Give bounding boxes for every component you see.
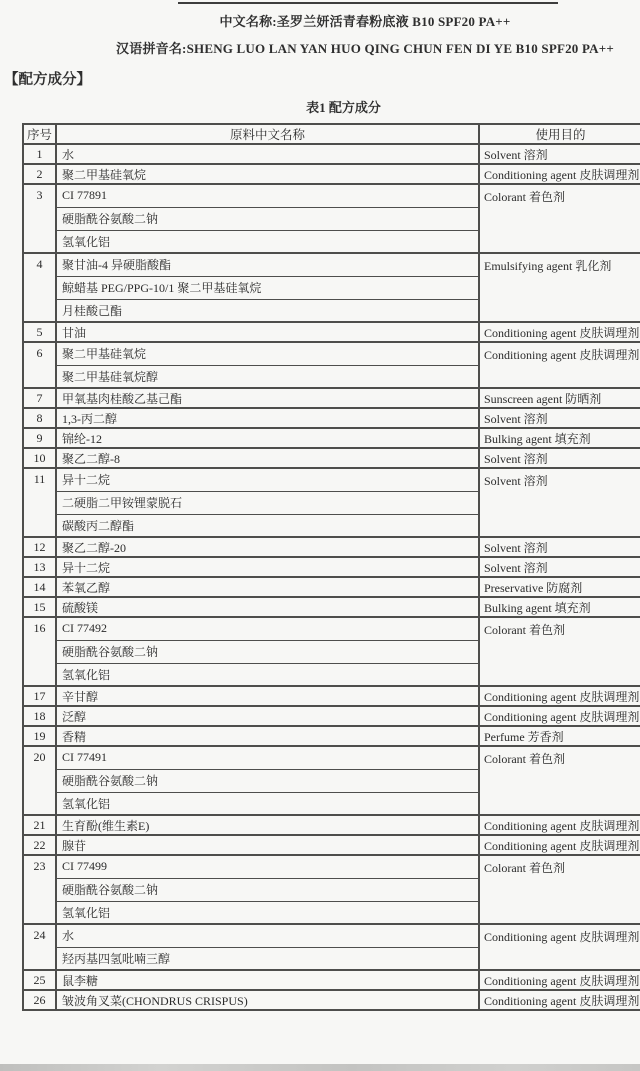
row-number-cell: 24 (23, 924, 56, 970)
purpose-cell: Emulsifying agent 乳化剂 (479, 253, 640, 322)
row-number-cell: 21 (23, 815, 56, 835)
row-number-cell: 18 (23, 706, 56, 726)
row-number-cell: 17 (23, 686, 56, 706)
purpose-cell: Conditioning agent 皮肤调理剂 (479, 924, 640, 970)
ingredient-name-cell: 腺苷 (56, 835, 479, 855)
row-number-cell: 4 (23, 253, 56, 322)
table-header-row: 序号 原料中文名称 使用目的 (23, 124, 640, 144)
ingredient-name-cell: 聚二甲基硅氧烷醇 (56, 365, 479, 388)
ingredient-row: 7甲氧基肉桂酸乙基己酯Sunscreen agent 防晒剂 (23, 388, 640, 408)
ingredient-name-cell: 泛醇 (56, 706, 479, 726)
ingredient-name-cell: 生育酚(维生素E) (56, 815, 479, 835)
purpose-cell: Conditioning agent 皮肤调理剂 (479, 686, 640, 706)
ingredient-row: 5甘油Conditioning agent 皮肤调理剂 (23, 322, 640, 342)
purpose-cell: Conditioning agent 皮肤调理剂 (479, 342, 640, 388)
purpose-cell: Preservative 防腐剂 (479, 577, 640, 597)
ingredient-name-cell: CI 77499 (56, 855, 479, 878)
purpose-cell: Conditioning agent 皮肤调理剂 (479, 990, 640, 1010)
purpose-cell: Bulking agent 填充剂 (479, 597, 640, 617)
formula-ingredients-table: 序号 原料中文名称 使用目的 1水Solvent 溶剂2聚二甲基硅氧烷Condi… (22, 123, 640, 1011)
ingredient-name-cell: 水 (56, 144, 479, 164)
ingredient-name-cell: 聚二甲基硅氧烷 (56, 164, 479, 184)
product-pinyin-name: 汉语拼音名:SHENG LUO LAN YAN HUO QING CHUN FE… (90, 41, 640, 57)
purpose-cell: Conditioning agent 皮肤调理剂 (479, 706, 640, 726)
row-number-cell: 13 (23, 557, 56, 577)
ingredient-name-cell: 鲸蜡基 PEG/PPG-10/1 聚二甲基硅氧烷 (56, 276, 479, 299)
row-number-cell: 9 (23, 428, 56, 448)
ingredient-row: 14苯氧乙醇Preservative 防腐剂 (23, 577, 640, 597)
ingredient-row: 13异十二烷Solvent 溶剂 (23, 557, 640, 577)
ingredient-name-cell: 氢氧化铝 (56, 901, 479, 924)
ingredient-name-cell: 硬脂酰谷氨酸二钠 (56, 640, 479, 663)
ingredient-row: 81,3-丙二醇Solvent 溶剂 (23, 408, 640, 428)
document-header: 中文名称:圣罗兰妍活青春粉底液 B10 SPF20 PA++ 汉语拼音名:SHE… (90, 14, 640, 57)
ingredient-row: 11异十二烷Solvent 溶剂 (23, 468, 640, 491)
product-chinese-name: 中文名称:圣罗兰妍活青春粉底液 B10 SPF20 PA++ (90, 14, 640, 30)
purpose-cell: Colorant 着色剂 (479, 746, 640, 815)
ingredient-name-cell: 聚乙二醇-8 (56, 448, 479, 468)
table-caption: 表1 配方成分 (22, 97, 640, 116)
ingredient-name-cell: 氢氧化铝 (56, 663, 479, 686)
ingredient-name-cell: 羟丙基四氢吡喃三醇 (56, 947, 479, 970)
ingredient-name-cell: 异十二烷 (56, 557, 479, 577)
ingredient-row: 10聚乙二醇-8Solvent 溶剂 (23, 448, 640, 468)
row-number-cell: 20 (23, 746, 56, 815)
purpose-cell: Conditioning agent 皮肤调理剂 (479, 835, 640, 855)
column-header-purpose: 使用目的 (479, 124, 640, 144)
ingredient-name-cell: 辛甘醇 (56, 686, 479, 706)
ingredient-name-cell: 聚二甲基硅氧烷 (56, 342, 479, 365)
ingredient-name-cell: 二硬脂二甲铵锂蒙脱石 (56, 491, 479, 514)
ingredient-row: 22腺苷Conditioning agent 皮肤调理剂 (23, 835, 640, 855)
ingredient-name-cell: 异十二烷 (56, 468, 479, 491)
ingredient-name-cell: CI 77492 (56, 617, 479, 640)
ingredient-row: 16CI 77492Colorant 着色剂 (23, 617, 640, 640)
row-number-cell: 23 (23, 855, 56, 924)
row-number-cell: 1 (23, 144, 56, 164)
row-number-cell: 8 (23, 408, 56, 428)
ingredient-row: 20CI 77491Colorant 着色剂 (23, 746, 640, 769)
row-number-cell: 12 (23, 537, 56, 557)
row-number-cell: 16 (23, 617, 56, 686)
ingredient-name-cell: 月桂酸己酯 (56, 299, 479, 322)
ingredient-name-cell: 甘油 (56, 322, 479, 342)
ingredient-name-cell: 硫酸镁 (56, 597, 479, 617)
ingredient-name-cell: 1,3-丙二醇 (56, 408, 479, 428)
row-number-cell: 26 (23, 990, 56, 1010)
row-number-cell: 5 (23, 322, 56, 342)
ingredient-name-cell: 香精 (56, 726, 479, 746)
ingredient-name-cell: 皱波角叉菜(CHONDRUS CRISPUS) (56, 990, 479, 1010)
purpose-cell: Colorant 着色剂 (479, 184, 640, 253)
ingredient-name-cell: 硬脂酰谷氨酸二钠 (56, 207, 479, 230)
scan-bottom-edge (0, 1064, 640, 1071)
ingredient-name-cell: 水 (56, 924, 479, 947)
ingredient-row: 21生育酚(维生素E)Conditioning agent 皮肤调理剂 (23, 815, 640, 835)
row-number-cell: 11 (23, 468, 56, 537)
row-number-cell: 10 (23, 448, 56, 468)
ingredient-row: 2聚二甲基硅氧烷Conditioning agent 皮肤调理剂 (23, 164, 640, 184)
ingredient-row: 19香精Perfume 芳香剂 (23, 726, 640, 746)
ingredient-name-cell: 锦纶-12 (56, 428, 479, 448)
ingredient-name-cell: 聚乙二醇-20 (56, 537, 479, 557)
document-page: 中文名称:圣罗兰妍活青春粉底液 B10 SPF20 PA++ 汉语拼音名:SHE… (0, 14, 640, 1011)
ingredient-row: 1水Solvent 溶剂 (23, 144, 640, 164)
row-number-cell: 14 (23, 577, 56, 597)
purpose-cell: Conditioning agent 皮肤调理剂 (479, 970, 640, 990)
purpose-cell: Sunscreen agent 防晒剂 (479, 388, 640, 408)
ingredient-row: 25鼠李糖Conditioning agent 皮肤调理剂 (23, 970, 640, 990)
top-divider-line (178, 2, 558, 4)
purpose-cell: Solvent 溶剂 (479, 557, 640, 577)
row-number-cell: 6 (23, 342, 56, 388)
ingredient-row: 4聚甘油-4 异硬脂酸酯Emulsifying agent 乳化剂 (23, 253, 640, 276)
ingredient-row: 12聚乙二醇-20Solvent 溶剂 (23, 537, 640, 557)
ingredient-name-cell: CI 77491 (56, 746, 479, 769)
ingredient-row: 17辛甘醇Conditioning agent 皮肤调理剂 (23, 686, 640, 706)
purpose-cell: Solvent 溶剂 (479, 468, 640, 537)
ingredient-row: 24水Conditioning agent 皮肤调理剂 (23, 924, 640, 947)
ingredient-row: 26皱波角叉菜(CHONDRUS CRISPUS)Conditioning ag… (23, 990, 640, 1010)
ingredient-name-cell: 氢氧化铝 (56, 230, 479, 253)
ingredient-name-cell: CI 77891 (56, 184, 479, 207)
ingredient-name-cell: 硬脂酰谷氨酸二钠 (56, 878, 479, 901)
ingredient-row: 15硫酸镁Bulking agent 填充剂 (23, 597, 640, 617)
purpose-cell: Conditioning agent 皮肤调理剂 (479, 164, 640, 184)
ingredient-row: 18泛醇Conditioning agent 皮肤调理剂 (23, 706, 640, 726)
row-number-cell: 2 (23, 164, 56, 184)
purpose-cell: Solvent 溶剂 (479, 448, 640, 468)
ingredient-name-cell: 聚甘油-4 异硬脂酸酯 (56, 253, 479, 276)
purpose-cell: Colorant 着色剂 (479, 855, 640, 924)
row-number-cell: 19 (23, 726, 56, 746)
ingredient-row: 9锦纶-12Bulking agent 填充剂 (23, 428, 640, 448)
column-header-index: 序号 (23, 124, 56, 144)
purpose-cell: Bulking agent 填充剂 (479, 428, 640, 448)
ingredient-name-cell: 氢氧化铝 (56, 792, 479, 815)
ingredient-name-cell: 甲氧基肉桂酸乙基己酯 (56, 388, 479, 408)
ingredient-row: 23CI 77499Colorant 着色剂 (23, 855, 640, 878)
ingredient-name-cell: 硬脂酰谷氨酸二钠 (56, 769, 479, 792)
ingredient-row: 6聚二甲基硅氧烷Conditioning agent 皮肤调理剂 (23, 342, 640, 365)
row-number-cell: 3 (23, 184, 56, 253)
row-number-cell: 7 (23, 388, 56, 408)
ingredient-name-cell: 碳酸丙二醇酯 (56, 514, 479, 537)
purpose-cell: Perfume 芳香剂 (479, 726, 640, 746)
purpose-cell: Conditioning agent 皮肤调理剂 (479, 322, 640, 342)
ingredient-row: 3CI 77891Colorant 着色剂 (23, 184, 640, 207)
purpose-cell: Conditioning agent 皮肤调理剂 (479, 815, 640, 835)
row-number-cell: 22 (23, 835, 56, 855)
purpose-cell: Solvent 溶剂 (479, 144, 640, 164)
purpose-cell: Solvent 溶剂 (479, 408, 640, 428)
ingredient-name-cell: 鼠李糖 (56, 970, 479, 990)
ingredient-name-cell: 苯氧乙醇 (56, 577, 479, 597)
column-header-ingredient-name: 原料中文名称 (56, 124, 479, 144)
row-number-cell: 25 (23, 970, 56, 990)
row-number-cell: 15 (23, 597, 56, 617)
purpose-cell: Colorant 着色剂 (479, 617, 640, 686)
section-heading-formula-ingredients: 【配方成分】 (4, 68, 640, 89)
purpose-cell: Solvent 溶剂 (479, 537, 640, 557)
